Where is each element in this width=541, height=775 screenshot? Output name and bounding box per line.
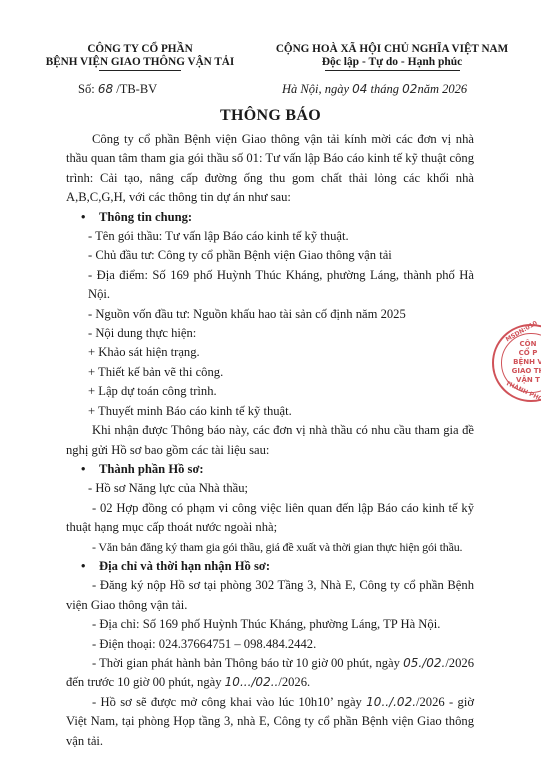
doc-number-handwritten: 68: [98, 82, 113, 96]
section-heading-text: Thành phần Hồ sơ:: [99, 462, 204, 476]
stamp-line: GIAO TH: [506, 367, 541, 376]
request-paragraph: Khi nhận được Thông báo này, các đơn vị …: [66, 421, 474, 460]
list-item: + Khảo sát hiện trạng.: [66, 343, 474, 362]
section-heading-text: Địa chỉ và thời hạn nhận Hồ sơ:: [99, 559, 270, 573]
period-suffix: /2026.: [278, 675, 310, 689]
bullet-icon: •: [81, 557, 99, 576]
organization-header: CÔNG TY CỔ PHẦN BỆNH VIỆN GIAO THÔNG VẬN…: [40, 43, 240, 71]
period-prefix: - Thời gian phát hành bản Thông báo từ 1…: [92, 656, 400, 670]
document-number: Số: 68 /TB-BV: [78, 82, 157, 97]
date-month-label: tháng: [371, 82, 399, 96]
nation-name: CỘNG HOÀ XÃ HỘI CHỦ NGHĨA VIỆT NAM: [252, 43, 532, 56]
org-name-line1: CÔNG TY CỔ PHẦN: [40, 43, 240, 56]
company-seal-stamp: MSDN:010 CÔN CỔ P BỆNH V GIAO TH VẬN T T…: [492, 324, 541, 402]
national-header: CỘNG HOÀ XÃ HỘI CHỦ NGHĨA VIỆT NAM Độc l…: [252, 43, 532, 71]
document-title: THÔNG BÁO: [0, 107, 541, 125]
org-underline: [99, 70, 181, 71]
date-day-handwritten: 04: [352, 82, 367, 96]
list-item: + Thuyết minh Báo cáo kinh tế kỹ thuật.: [66, 402, 474, 421]
opening-date-handwritten: 10../.02.: [366, 695, 416, 709]
opening-prefix: - Hồ sơ sẽ được mở công khai vào lúc 10h…: [92, 695, 362, 709]
date-year: năm 2026: [417, 82, 467, 96]
release-period: - Thời gian phát hành bản Thông báo từ 1…: [66, 654, 474, 693]
intro-paragraph: Công ty cổ phần Bệnh viện Giao thông vận…: [66, 130, 474, 208]
list-item: - Hồ sơ Năng lực của Nhà thầu;: [66, 479, 474, 498]
list-item: + Thiết kế bản vẽ thi công.: [66, 363, 474, 382]
document-body: Công ty cổ phần Bệnh viện Giao thông vận…: [66, 130, 474, 751]
stamp-line: CỔ P: [506, 349, 541, 358]
opening-info: - Hồ sơ sẽ được mở công khai vào lúc 10h…: [66, 693, 474, 751]
list-item: - Văn bản đăng ký tham gia gói thầu, giá…: [66, 538, 474, 557]
phone: - Điện thoại: 024.37664751 – 098.484.244…: [66, 635, 474, 654]
list-item: + Lập dự toán công trình.: [66, 382, 474, 401]
document-page: CÔNG TY CỔ PHẦN BỆNH VIỆN GIAO THÔNG VẬN…: [0, 0, 541, 775]
section-documents-heading: •Thành phần Hồ sơ:: [66, 460, 474, 479]
list-item: - Nội dung thực hiện:: [66, 324, 474, 343]
national-motto: Độc lập - Tự do - Hạnh phúc: [252, 56, 532, 69]
section-heading-text: Thông tin chung:: [99, 210, 192, 224]
document-date: Hà Nội, ngày 04 tháng 02năm 2026: [282, 82, 467, 97]
register-location: - Đăng ký nộp Hồ sơ tại phòng 302 Tầng 3…: [66, 576, 474, 615]
date-prefix: Hà Nội, ngày: [282, 82, 349, 96]
section-submission-heading: •Địa chỉ và thời hạn nhận Hồ sơ:: [66, 557, 474, 576]
address: - Địa chỉ: Số 169 phố Huỳnh Thúc Kháng, …: [66, 615, 474, 634]
stamp-text: CÔN CỔ P BỆNH V GIAO TH VẬN T: [506, 340, 541, 385]
list-item: - Nguồn vốn đầu tư: Nguồn khấu hao tài s…: [66, 305, 474, 324]
period-start-handwritten: 05./02.: [403, 656, 445, 670]
period-end-handwritten: 10.../02..: [225, 675, 279, 689]
stamp-line: CÔN: [506, 340, 541, 349]
bullet-icon: •: [81, 208, 99, 227]
list-item: - 02 Hợp đồng có phạm vi công việc liên …: [66, 499, 474, 538]
list-item: - Tên gói thầu: Tư vấn lập Báo cáo kinh …: [66, 227, 474, 246]
list-item: - Chủ đầu tư: Công ty cổ phần Bệnh viện …: [66, 246, 474, 265]
doc-number-label: Số:: [78, 82, 95, 96]
section-general-heading: •Thông tin chung:: [66, 208, 474, 227]
date-month-handwritten: 02: [402, 82, 417, 96]
motto-underline: [325, 70, 460, 71]
list-item: - Địa điểm: Số 169 phố Huỳnh Thúc Kháng,…: [66, 266, 474, 305]
bullet-icon: •: [81, 460, 99, 479]
org-name-line2: BỆNH VIỆN GIAO THÔNG VẬN TẢI: [40, 56, 240, 69]
doc-number-suffix: /TB-BV: [116, 82, 157, 96]
stamp-line: BỆNH V: [506, 358, 541, 367]
